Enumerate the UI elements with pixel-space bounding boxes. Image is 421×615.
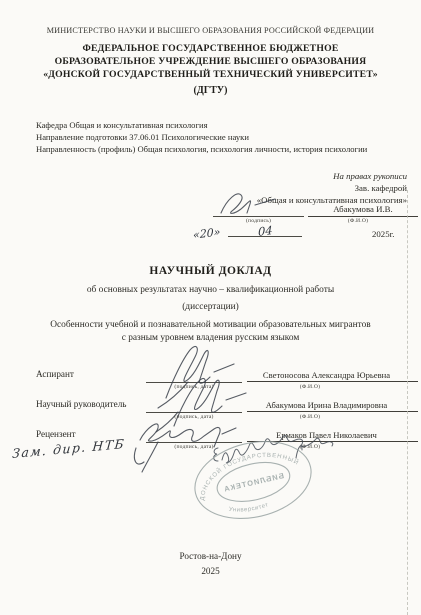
training-direction: Направление подготовки 37.06.01 Психолог… — [36, 131, 405, 143]
head-name: Абакумова И.В. — [308, 203, 418, 217]
footer-city: Ростов-на-Дону — [0, 551, 421, 561]
signatory-name: Светоносова Александра Юрьевна — [247, 369, 418, 382]
date-year: 2025г. — [372, 229, 394, 239]
head-signature-line — [213, 201, 304, 217]
date-month-line: 04 — [228, 222, 302, 237]
date-day-handwritten: «20» — [193, 225, 220, 241]
training-profile: Направленность (профиль) Общая психологи… — [36, 143, 405, 155]
university-abbreviation: (ДГТУ) — [0, 85, 421, 96]
svg-text:ДОНСКОЙ ГОСУДАРСТВЕННЫЙ: ДОНСКОЙ ГОСУДАРСТВЕННЫЙ — [192, 444, 305, 502]
footer-year: 2025 — [0, 566, 421, 576]
signatory-role: Рецензент — [36, 429, 76, 439]
institution-line1: ФЕДЕРАЛЬНОЕ ГОСУДАРСТВЕННОЕ БЮДЖЕТНОЕ — [0, 43, 421, 56]
fio-caption: (Ф.И.О) — [308, 218, 408, 224]
signatory-role: Аспирант — [36, 369, 74, 379]
date-month-handwritten: 04 — [258, 223, 273, 239]
report-subheading: об основных результатах научно – квалифи… — [0, 285, 421, 295]
head-position: Зав. кафедрой — [355, 183, 407, 193]
stamp-center-text-mirrored: БИБЛИОТЕКА — [222, 471, 284, 494]
institution-line2: ОБРАЗОВАТЕЛЬНОЕ УЧРЕЖДЕНИЕ ВЫСШЕГО ОБРАЗ… — [0, 56, 421, 69]
head-signature-scribble-icon — [207, 187, 307, 219]
institution-name: ФЕДЕРАЛЬНОЕ ГОСУДАРСТВЕННОЕ БЮДЖЕТНОЕ ОБ… — [0, 43, 421, 81]
department-info: Кафедра Общая и консультативная психолог… — [36, 119, 405, 156]
stamp-top-arc-text: ДОНСКОЙ ГОСУДАРСТВЕННЫЙ — [192, 444, 305, 502]
institution-line3: «ДОНСКОЙ ГОСУДАРСТВЕННЫЙ ТЕХНИЧЕСКИЙ УНИ… — [0, 69, 421, 82]
report-type-note: (диссертации) — [0, 302, 421, 312]
thesis-title-line1: Особенности учебной и познавательной мот… — [0, 320, 421, 330]
scan-fold-line — [407, 190, 408, 615]
ministry-line: МИНИСТЕРСТВО НАУКИ И ВЫСШЕГО ОБРАЗОВАНИЯ… — [0, 26, 421, 35]
report-heading: НАУЧНЫЙ ДОКЛАД — [0, 265, 421, 277]
manuscript-rights-note: На правах рукописи — [333, 171, 407, 181]
signatory-role: Научный руководитель — [36, 399, 126, 409]
department-chair: Кафедра Общая и консультативная психолог… — [36, 119, 405, 131]
